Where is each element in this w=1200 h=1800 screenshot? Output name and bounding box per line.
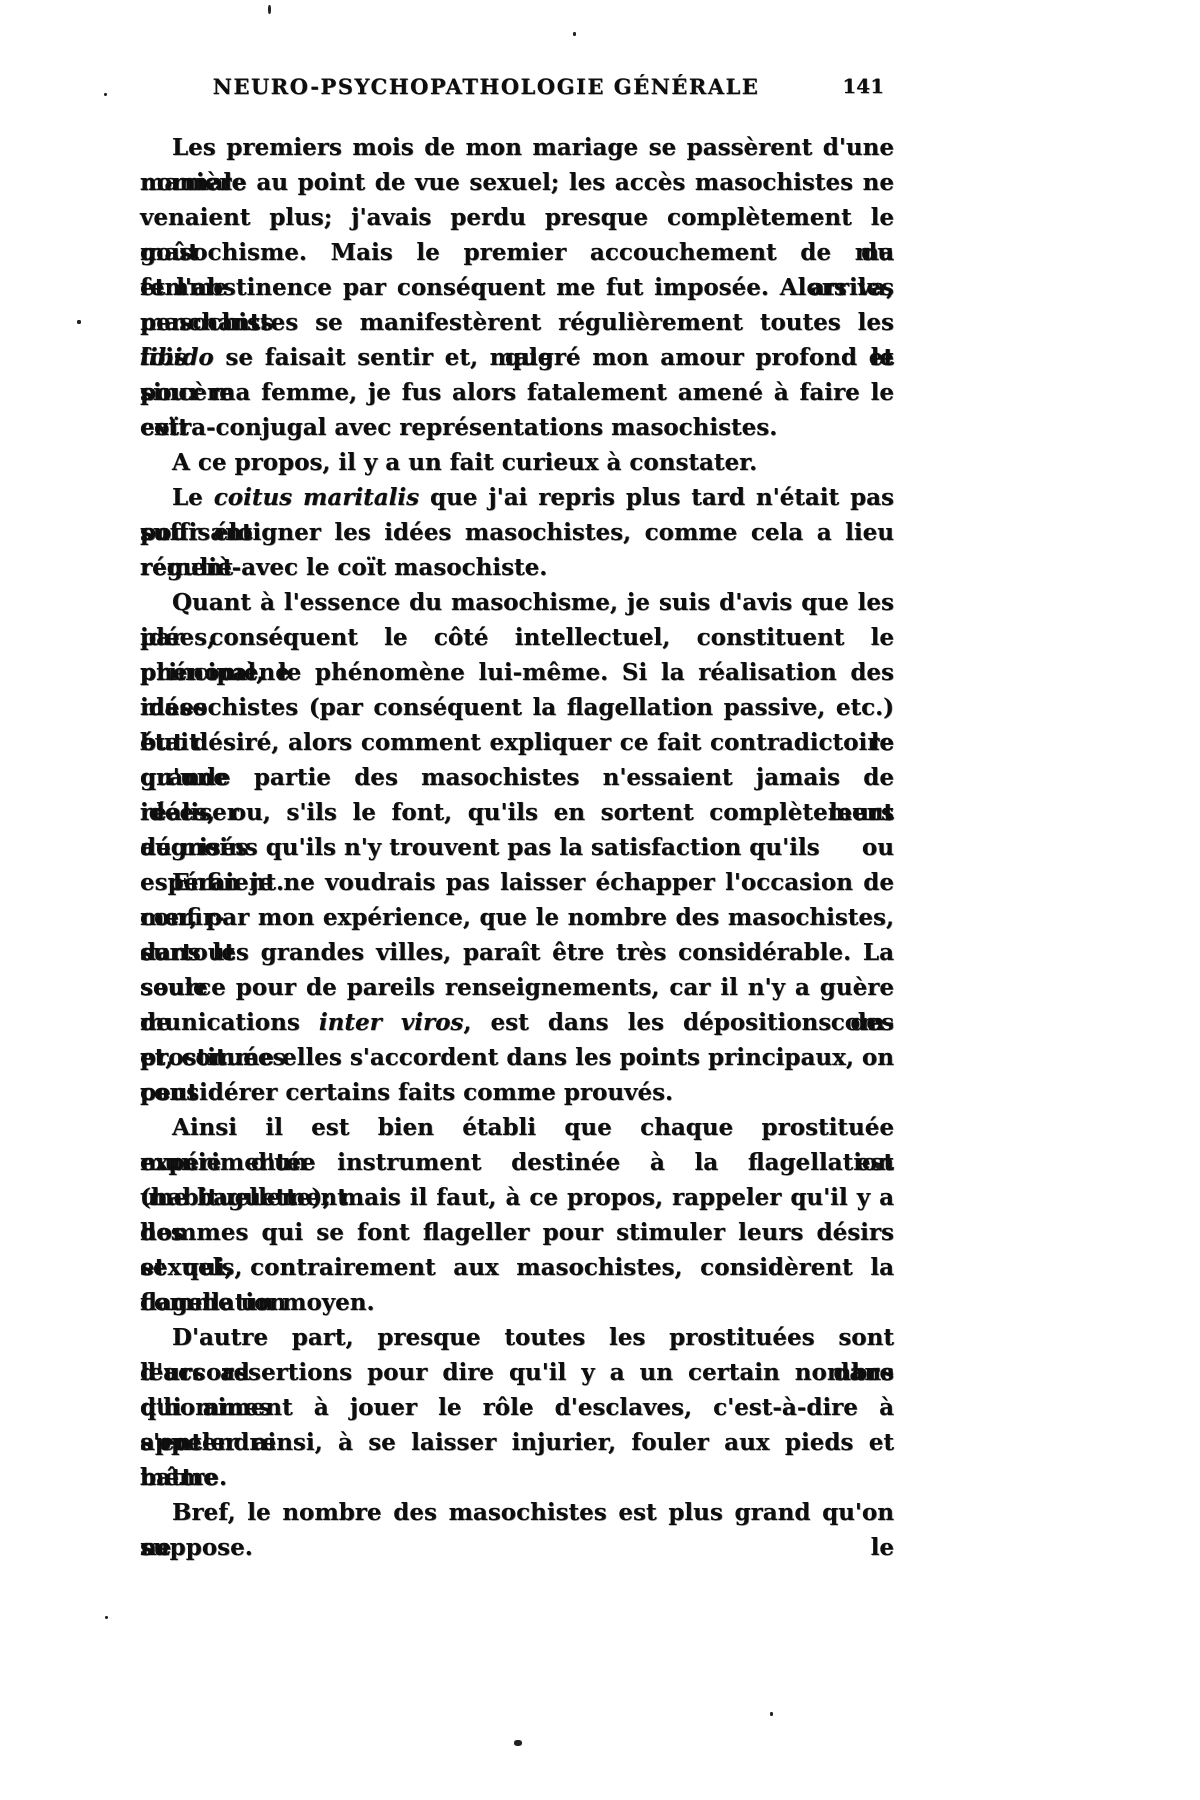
text-line: par conséquent le côté intellectuel, con… bbox=[140, 620, 894, 655]
text-line: masochisme. Mais le premier accouchement… bbox=[140, 235, 894, 270]
text-segment: normale au point de vue sexuel; les accè… bbox=[140, 169, 894, 196]
paragraph: D'autre part, presque toutes les prostit… bbox=[140, 1320, 894, 1495]
text-line: Ainsi il est bien établi que chaque pros… bbox=[140, 1110, 894, 1145]
paragraph: Bref, le nombre des masochistes est plus… bbox=[140, 1495, 894, 1565]
italic-text-segment: inter viros bbox=[319, 1009, 463, 1036]
scan-speckle bbox=[876, 1164, 880, 1169]
text-line: Le coitus maritalis que j'ai repris plus… bbox=[140, 480, 894, 515]
text-line: et qui, contrairement aux masochistes, c… bbox=[140, 1250, 894, 1285]
text-line: munie d'un instrument destinée à la flag… bbox=[140, 1145, 894, 1180]
text-line: A ce propos, il y a un fait curieux à co… bbox=[140, 445, 894, 480]
scan-speckle bbox=[77, 320, 81, 324]
text-segment: Bref, le nombre des masochistes est plus… bbox=[140, 1499, 894, 1561]
text-line: qui aiment à jouer le rôle d'esclaves, c… bbox=[140, 1390, 894, 1425]
text-line: pour ma femme, je fus alors fatalement a… bbox=[140, 375, 894, 410]
text-segment: comme un moyen. bbox=[140, 1289, 375, 1316]
text-segment: suppose. bbox=[140, 1534, 253, 1561]
text-line: pour éloigner les idées masochistes, com… bbox=[140, 515, 894, 550]
paragraph: Les premiers mois de mon mariage se pass… bbox=[140, 130, 894, 445]
text-line: au moins qu'ils n'y trouvent pas la sati… bbox=[140, 830, 894, 865]
scan-speckle bbox=[514, 1740, 522, 1746]
text-line: masochistes se manifestèrent régulièreme… bbox=[140, 305, 894, 340]
scan-speckle bbox=[573, 32, 576, 36]
paragraph: Enfin je ne voudrais pas laisser échappe… bbox=[140, 865, 894, 1110]
text-line: extra-conjugal avec représentations maso… bbox=[140, 410, 894, 445]
text-line: source pour de pareils renseignements, c… bbox=[140, 970, 894, 1005]
page-number: 141 bbox=[842, 74, 884, 98]
text-line: munications inter viros, est dans les dé… bbox=[140, 1005, 894, 1040]
text-line: et, comme elles s'accordent dans les poi… bbox=[140, 1040, 894, 1075]
text-line: Les premiers mois de mon mariage se pass… bbox=[140, 130, 894, 165]
text-line: rement avec le coït masochiste. bbox=[140, 550, 894, 585]
text-line: Bref, le nombre des masochistes est plus… bbox=[140, 1495, 894, 1530]
paragraph: A ce propos, il y a un fait curieux à co… bbox=[140, 445, 894, 480]
text-line: hommes qui se font flageller pour stimul… bbox=[140, 1215, 894, 1250]
text-line: et l'abstinence par conséquent me fut im… bbox=[140, 270, 894, 305]
text-segment: munications bbox=[140, 1009, 319, 1036]
text-segment: extra-conjugal avec représentations maso… bbox=[140, 414, 777, 441]
text-segment: rement avec le coït masochiste. bbox=[140, 554, 547, 581]
paragraph: Le coitus maritalis que j'ai repris plus… bbox=[140, 480, 894, 585]
text-line: venaient plus; j'avais perdu presque com… bbox=[140, 200, 894, 235]
page-header: NEURO-PSYCHOPATHOLOGIE GÉNÉRALE 141 bbox=[140, 74, 892, 104]
italic-text-segment: libido bbox=[140, 344, 214, 371]
running-title: NEURO-PSYCHOPATHOLOGIE GÉNÉRALE bbox=[140, 74, 832, 99]
italic-text-segment: coitus maritalis bbox=[214, 484, 419, 511]
book-page: NEURO-PSYCHOPATHOLOGIE GÉNÉRALE 141 Les … bbox=[0, 0, 1200, 1800]
text-line: appeler ainsi, à se laisser injurier, fo… bbox=[140, 1425, 894, 1460]
text-line: libido se faisait sentir et, malgré mon … bbox=[140, 340, 894, 375]
body-text: Les premiers mois de mon mariage se pass… bbox=[140, 130, 894, 1565]
text-line: considérer certains faits comme prouvés. bbox=[140, 1075, 894, 1110]
text-segment: considérer certains faits comme prouvés. bbox=[140, 1079, 673, 1106]
paragraph: Ainsi il est bien établi que chaque pros… bbox=[140, 1110, 894, 1320]
scan-speckle bbox=[268, 5, 271, 14]
text-line: comme un moyen. bbox=[140, 1285, 894, 1320]
text-segment: Le bbox=[172, 484, 214, 511]
text-segment: battre. bbox=[140, 1464, 227, 1491]
scan-speckle bbox=[105, 1616, 108, 1619]
text-line: masochistes (par conséquent la flagellat… bbox=[140, 690, 894, 725]
text-line: dans les grandes villes, paraît être trè… bbox=[140, 935, 894, 970]
text-line: D'autre part, presque toutes les prostit… bbox=[140, 1320, 894, 1355]
text-line: mer, par mon expérience, que le nombre d… bbox=[140, 900, 894, 935]
text-line: Quant à l'essence du masochisme, je suis… bbox=[140, 585, 894, 620]
text-line: principal, le phénomène lui-même. Si la … bbox=[140, 655, 894, 690]
text-line: battre. bbox=[140, 1460, 894, 1495]
text-line: but désiré, alors comment expliquer ce f… bbox=[140, 725, 894, 760]
text-segment: A ce propos, il y a un fait curieux à co… bbox=[172, 449, 757, 476]
text-line: grande partie des masochistes n'essaient… bbox=[140, 760, 894, 795]
scan-speckle bbox=[104, 93, 107, 96]
text-line: normale au point de vue sexuel; les accè… bbox=[140, 165, 894, 200]
text-line: Enfin je ne voudrais pas laisser échappe… bbox=[140, 865, 894, 900]
scan-speckle bbox=[770, 1712, 773, 1716]
text-line: leurs assertions pour dire qu'il y a un … bbox=[140, 1355, 894, 1390]
text-line: une baguette); mais il faut, à ce propos… bbox=[140, 1180, 894, 1215]
text-line: idées, ou, s'ils le font, qu'ils en sort… bbox=[140, 795, 894, 830]
paragraph: Quant à l'essence du masochisme, je suis… bbox=[140, 585, 894, 865]
